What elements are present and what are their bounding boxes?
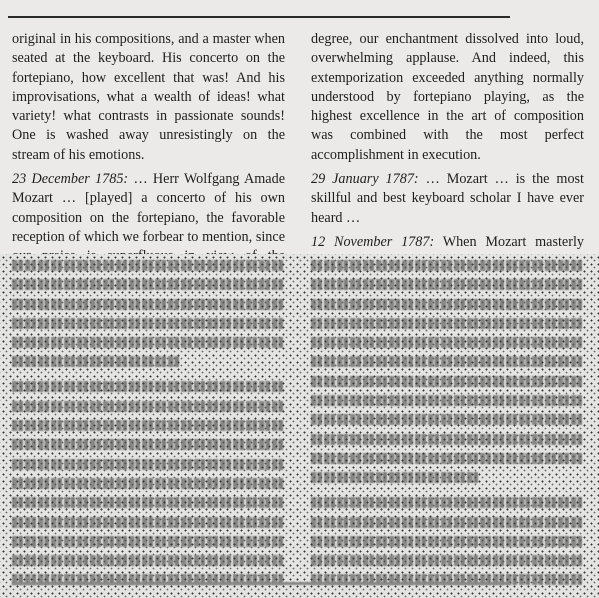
obscured-line	[311, 517, 584, 528]
obscured-line	[311, 279, 584, 290]
top-rule	[8, 16, 510, 18]
obscured-line	[311, 536, 584, 547]
obscured-line	[12, 299, 285, 310]
obscured-line	[311, 395, 584, 406]
obscured-left-column	[12, 260, 285, 594]
paragraph: original in his compositions, and a mast…	[12, 30, 285, 165]
obscured-line	[311, 318, 584, 329]
obscured-right-column	[311, 260, 584, 594]
entry-date: 23 December 1785:	[12, 171, 128, 187]
obscured-line	[12, 459, 285, 470]
obscured-line	[311, 497, 584, 508]
obscured-line	[12, 356, 181, 367]
obscured-line	[311, 472, 480, 483]
obscured-line	[12, 536, 285, 547]
obscured-line	[311, 376, 584, 387]
obscured-line	[311, 337, 584, 348]
obscured-line	[12, 381, 285, 392]
paragraph-text: degree, our enchantment dissolved into l…	[311, 31, 584, 163]
obscured-line	[12, 555, 285, 566]
obscured-line	[311, 453, 584, 464]
obscured-line	[311, 356, 584, 367]
obscured-line	[12, 478, 285, 489]
obscured-line	[311, 299, 584, 310]
obscured-line	[12, 401, 285, 412]
obscured-line	[311, 555, 584, 566]
entry-date: 12 November 1787:	[311, 234, 434, 250]
dithered-obscured-region	[0, 254, 599, 598]
obscured-line	[12, 497, 285, 508]
obscured-line	[12, 420, 285, 431]
obscured-line	[12, 517, 285, 528]
paragraph: degree, our enchantment dissolved into l…	[311, 30, 584, 165]
obscured-line	[311, 414, 584, 425]
obscured-line	[311, 434, 584, 445]
obscured-line	[12, 318, 285, 329]
obscured-line	[311, 260, 584, 271]
paragraph: 29 January 1787: … Mozart … is the most …	[311, 170, 584, 228]
bottom-rule	[12, 582, 510, 585]
obscured-line	[12, 279, 285, 290]
obscured-line	[12, 439, 285, 450]
paragraph-text: original in his compositions, and a mast…	[12, 31, 285, 163]
obscured-line	[12, 337, 285, 348]
obscured-line	[12, 260, 285, 271]
entry-date: 29 January 1787:	[311, 171, 419, 187]
